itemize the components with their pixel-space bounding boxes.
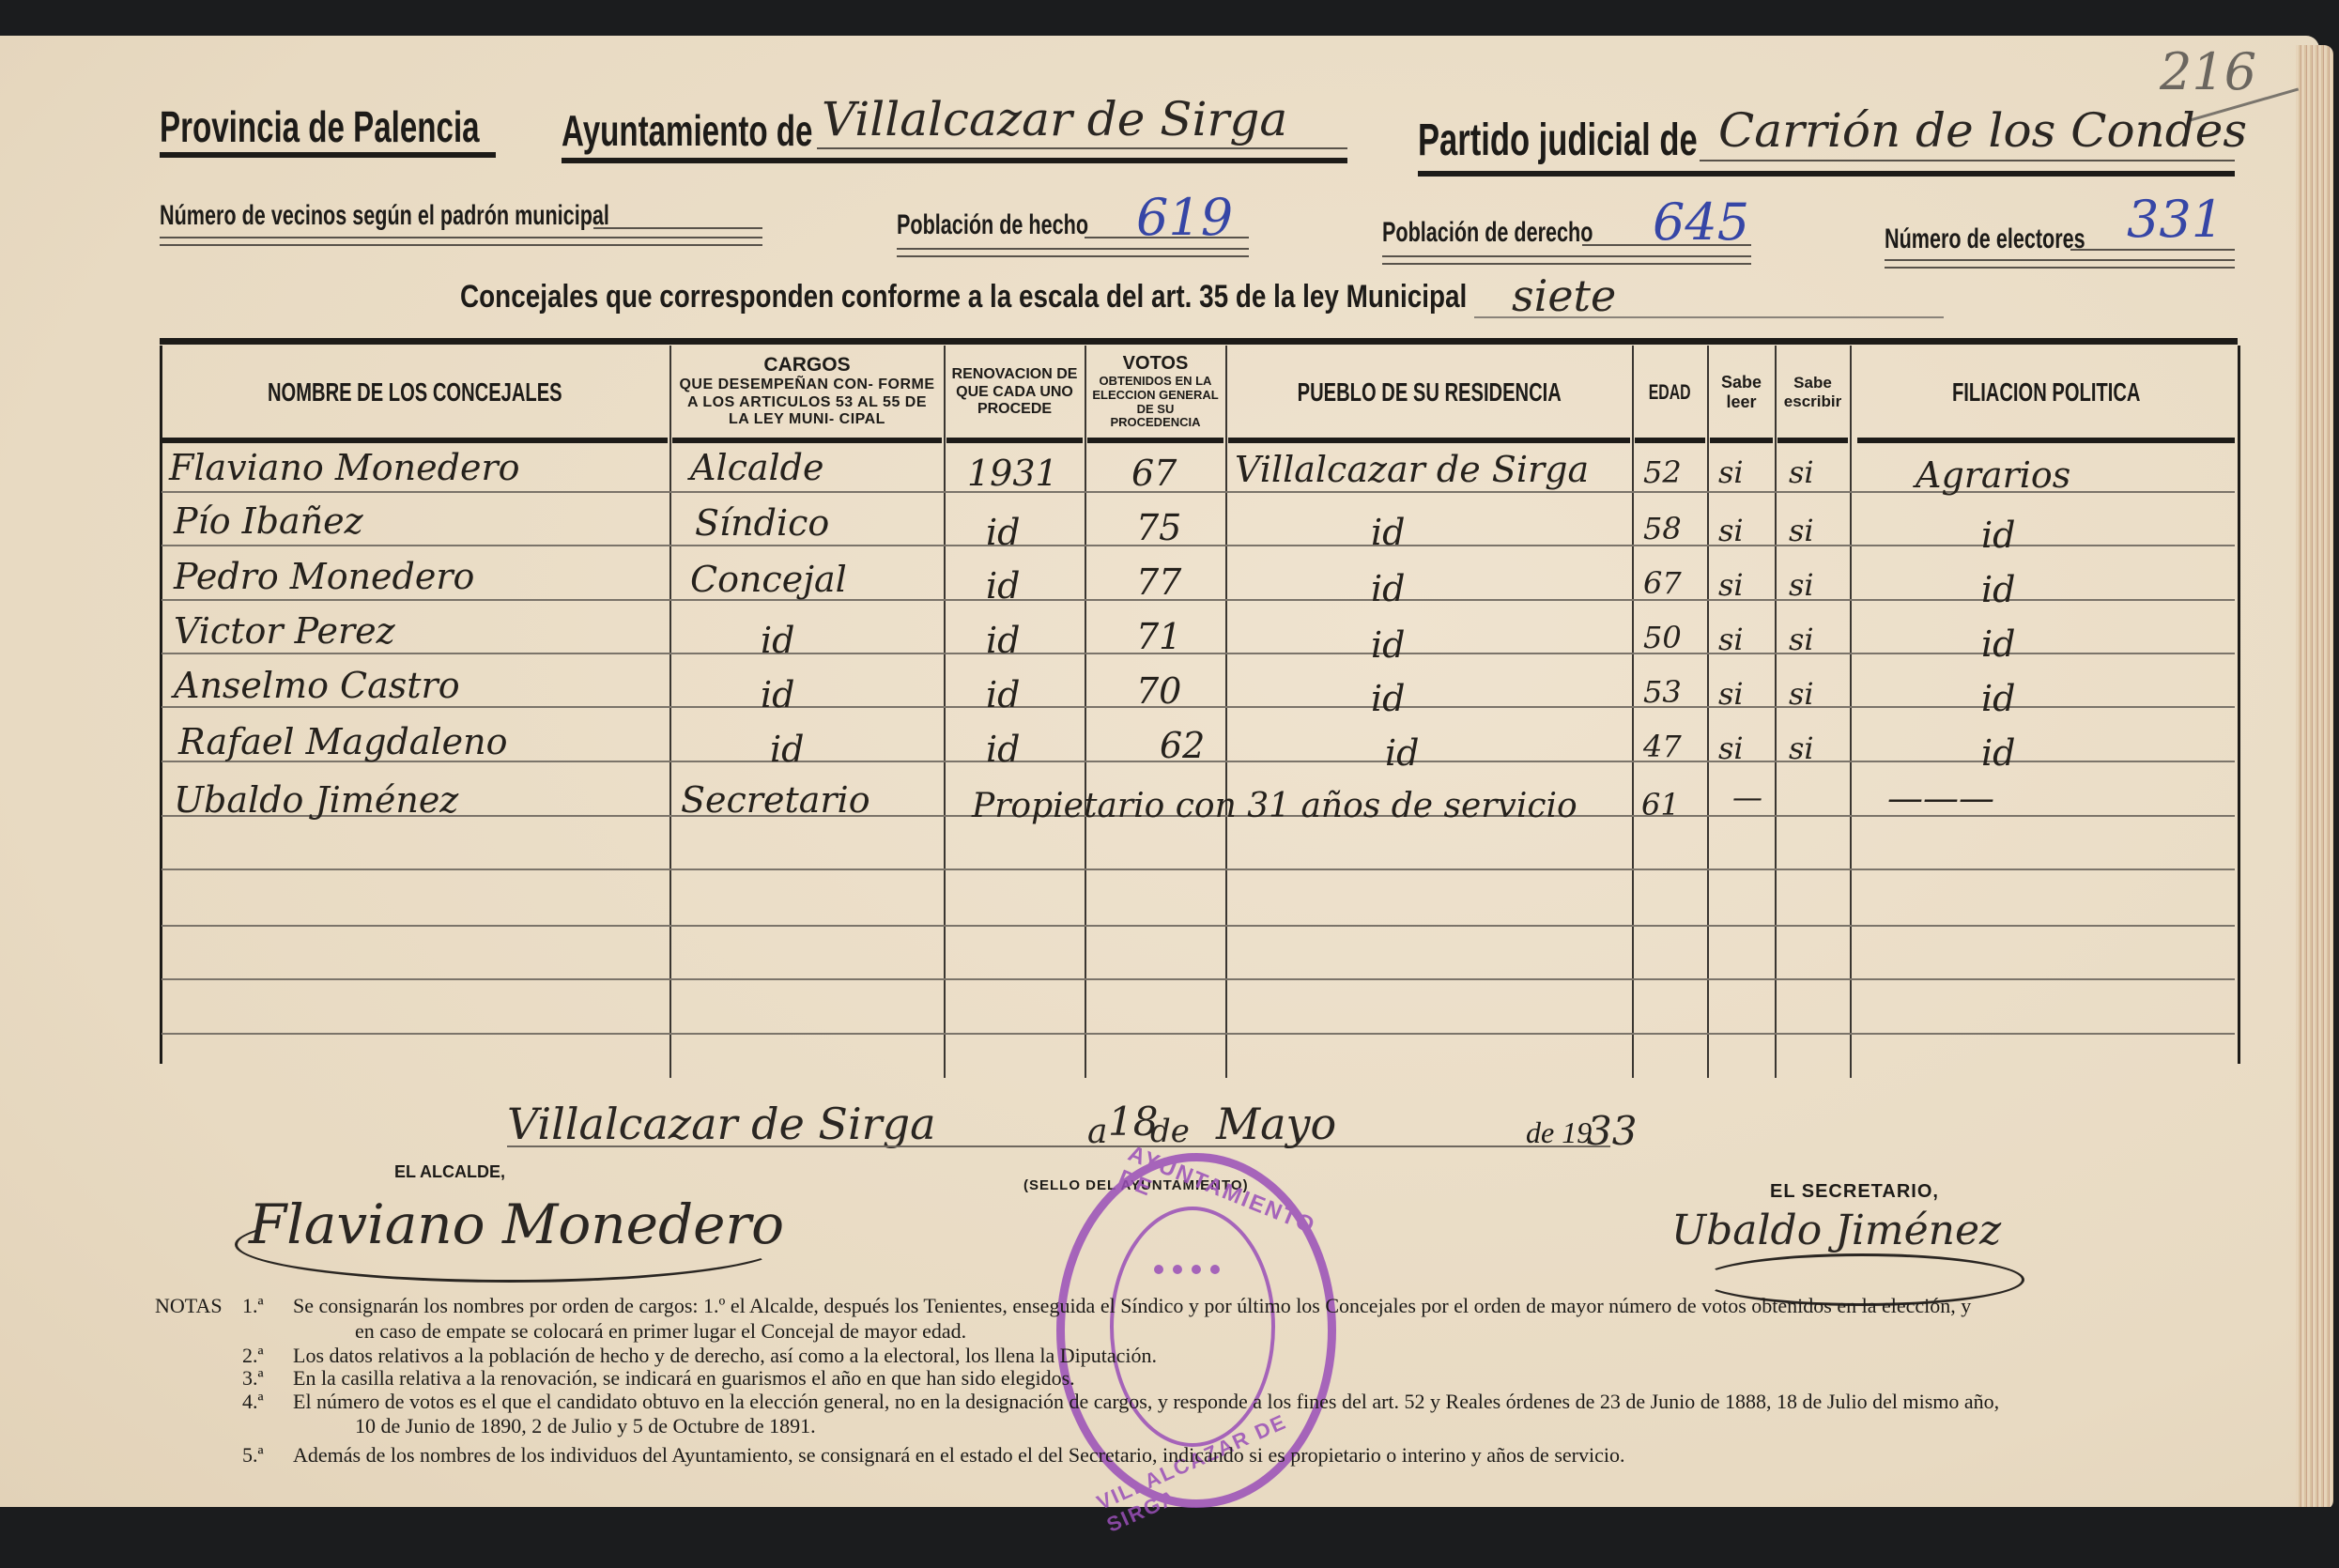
cell-filiacion: Agrarios bbox=[1916, 454, 2070, 496]
row-line bbox=[162, 978, 2235, 980]
col-divider bbox=[944, 346, 946, 1078]
col-header-nombre: NOMBRE DE LOS CONCEJALES bbox=[162, 349, 668, 436]
col-divider bbox=[1850, 346, 1852, 1078]
note-text: Se consignarán los nombres por orden de … bbox=[293, 1294, 1971, 1318]
note-text: En la casilla relativa a la renovación, … bbox=[293, 1366, 1075, 1391]
cell-pueblo: id bbox=[1371, 678, 1405, 719]
cell-votos: 71 bbox=[1136, 616, 1181, 657]
secretario-label: EL SECRETARIO, bbox=[1770, 1181, 1939, 1203]
col-divider bbox=[1775, 346, 1777, 1078]
col-divider bbox=[1085, 346, 1086, 1078]
row-line bbox=[162, 653, 2235, 654]
electores-label: Número de electores bbox=[1885, 223, 2085, 255]
date-line bbox=[507, 1145, 1610, 1147]
col-divider bbox=[669, 346, 671, 1078]
secretario-signature: Ubaldo Jiménez bbox=[1671, 1207, 2001, 1254]
concejales-label: Concejales que corresponden conforme a l… bbox=[460, 279, 1467, 315]
cell-pueblo: id bbox=[1385, 732, 1419, 774]
cell-leer: si bbox=[1718, 622, 1744, 657]
table-top-border bbox=[160, 338, 2238, 345]
cell-nombre: Pío Ibañez bbox=[174, 500, 363, 542]
header-rule bbox=[1710, 438, 1773, 443]
row-line bbox=[162, 925, 2235, 927]
cell-edad: 47 bbox=[1643, 729, 1682, 764]
cell-filiacion: id bbox=[1981, 515, 2015, 556]
cell-edad: 61 bbox=[1641, 787, 1680, 822]
note-number: 5.ª bbox=[242, 1443, 264, 1468]
cell-pueblo: Villalcazar de Sirga bbox=[1235, 449, 1589, 490]
cell-filiacion: ——— bbox=[1887, 777, 1994, 819]
poblacion-derecho-value: 645 bbox=[1653, 192, 1749, 252]
cell-escribir: si bbox=[1789, 622, 1814, 657]
cell-escribir: si bbox=[1789, 676, 1814, 712]
col-header-sabe-leer-text: Sabe leer bbox=[1719, 373, 1763, 411]
partido-underline bbox=[1418, 171, 2235, 177]
col-header-edad-text: EDAD bbox=[1649, 380, 1691, 404]
cell-renovacion: id bbox=[986, 674, 1020, 715]
col-header-filiacion: FILIACION POLITICA bbox=[1857, 349, 2235, 436]
row-line bbox=[162, 869, 2235, 870]
electores-line bbox=[2070, 249, 2235, 251]
col-header-renovacion: RENOVACION DE QUE CADA UNO PROCEDE bbox=[946, 349, 1083, 436]
note-number: 2.ª bbox=[242, 1344, 264, 1368]
cell-pueblo: id bbox=[1371, 568, 1405, 609]
cell-leer: si bbox=[1718, 454, 1744, 490]
alcalde-signature-flourish bbox=[235, 1207, 785, 1283]
concejales-value: siete bbox=[1512, 270, 1616, 321]
cell-renovacion: id bbox=[986, 620, 1020, 661]
cell-cargo: id bbox=[761, 674, 794, 715]
col-header-pueblo-text: PUEBLO DE SU RESIDENCIA bbox=[1297, 377, 1561, 407]
cell-renovacion: id bbox=[986, 565, 1020, 607]
col-divider bbox=[1632, 346, 1634, 1078]
derecho-double-line-1 bbox=[1382, 255, 1751, 257]
row-line bbox=[162, 545, 2235, 546]
cell-filiacion: id bbox=[1981, 732, 2015, 774]
col-header-sabe-leer: Sabe leer bbox=[1710, 349, 1773, 436]
cell-cargo: Concejal bbox=[690, 559, 847, 600]
cell-leer: si bbox=[1718, 513, 1744, 548]
col-header-cargos: CARGOS QUE DESEMPEÑAN CON- FORME A LOS A… bbox=[672, 347, 942, 436]
col-header-votos: VOTOS OBTENIDOS EN LA ELECCION GENERAL D… bbox=[1087, 347, 1223, 436]
electores-value: 331 bbox=[2127, 190, 2224, 249]
ayuntamiento-value-line bbox=[817, 147, 1347, 149]
date-month: Mayo bbox=[1216, 1099, 1336, 1149]
cell-edad: 53 bbox=[1643, 674, 1682, 710]
row-line bbox=[162, 599, 2235, 601]
note-number: 1.ª bbox=[242, 1294, 264, 1318]
ayuntamiento-underline bbox=[562, 158, 1347, 163]
cell-filiacion: id bbox=[1981, 623, 2015, 665]
vecinos-double-line-2 bbox=[160, 244, 762, 246]
derecho-double-line-2 bbox=[1382, 263, 1751, 265]
cell-renovacion: id bbox=[986, 729, 1020, 770]
derecho-line bbox=[1582, 244, 1751, 246]
header-rule bbox=[946, 438, 1083, 443]
date-year-suffix: 33 bbox=[1587, 1108, 1637, 1154]
electores-double-line-1 bbox=[1885, 259, 2235, 261]
note-number: 4.ª bbox=[242, 1390, 264, 1414]
col-header-votos-title: VOTOS bbox=[1123, 353, 1189, 375]
provincia-underline bbox=[160, 152, 496, 158]
electores-double-line-2 bbox=[1885, 267, 2235, 269]
cell-nombre: Victor Perez bbox=[174, 610, 395, 652]
cell-cargo: id bbox=[770, 729, 804, 770]
date-place: Villalcazar de Sirga bbox=[507, 1099, 936, 1149]
hecho-line bbox=[1085, 237, 1249, 238]
cell-pueblo: id bbox=[1371, 512, 1405, 553]
ayuntamiento-value: Villalcazar de Sirga bbox=[822, 92, 1287, 146]
date-de-label: de bbox=[1150, 1113, 1190, 1150]
cell-nombre: Flaviano Monedero bbox=[169, 447, 520, 488]
note-text: Los datos relativos a la población de he… bbox=[293, 1344, 1157, 1368]
cell-escribir: si bbox=[1789, 567, 1814, 603]
partido-value: Carrión de los Condes bbox=[1718, 103, 2247, 158]
concejales-value-line bbox=[1474, 316, 1944, 318]
col-header-edad: EDAD bbox=[1635, 349, 1705, 436]
poblacion-hecho-label: Población de hecho bbox=[897, 209, 1088, 241]
note-text: El número de votos es el que el candidat… bbox=[293, 1390, 1999, 1414]
col-header-cargos-title: CARGOS bbox=[763, 354, 850, 377]
cell-leer: si bbox=[1718, 676, 1744, 712]
cell-renovacion: 1931 bbox=[967, 453, 1058, 494]
notes-label: NOTAS bbox=[155, 1294, 223, 1318]
cell-leer: si bbox=[1718, 567, 1744, 603]
book-page-edges bbox=[2296, 45, 2333, 1510]
header-rule bbox=[1087, 438, 1223, 443]
cell-renovacion: id bbox=[986, 512, 1020, 553]
date-a-label: a bbox=[1087, 1113, 1107, 1151]
vecinos-double-line-1 bbox=[160, 237, 762, 238]
cell-votos: 75 bbox=[1136, 507, 1181, 548]
header-rule bbox=[1857, 438, 2235, 443]
cell-edad: 50 bbox=[1643, 620, 1682, 655]
col-divider bbox=[1225, 346, 1227, 1078]
note-number: 3.ª bbox=[242, 1366, 264, 1391]
header-rule bbox=[162, 438, 668, 443]
vecinos-line bbox=[593, 227, 762, 229]
cell-cargo: Secretario bbox=[681, 779, 870, 821]
partido-value-line bbox=[1700, 160, 2235, 161]
partido-label: Partido judicial de bbox=[1418, 115, 1698, 166]
col-header-pueblo: PUEBLO DE SU RESIDENCIA bbox=[1228, 349, 1630, 436]
header-rule bbox=[1635, 438, 1705, 443]
col-header-sabe-escribir: Sabe escribir bbox=[1777, 349, 1848, 436]
col-header-filiacion-text: FILIACION POLITICA bbox=[1952, 377, 2140, 407]
vecinos-label: Número de vecinos según el padrón munici… bbox=[160, 200, 609, 232]
ayuntamiento-label: Ayuntamiento de bbox=[562, 105, 812, 156]
header-rule bbox=[672, 438, 942, 443]
page-number: 216 bbox=[2160, 42, 2256, 101]
row-line bbox=[162, 1033, 2235, 1035]
cell-edad: 58 bbox=[1643, 511, 1682, 546]
alcalde-label: EL ALCALDE, bbox=[394, 1162, 505, 1182]
cell-edad: 52 bbox=[1643, 454, 1682, 490]
cell-nombre: Ubaldo Jiménez bbox=[174, 779, 458, 821]
poblacion-derecho-label: Población de derecho bbox=[1382, 217, 1593, 249]
cell-votos: 77 bbox=[1136, 561, 1181, 603]
col-header-nombre-text: NOMBRE DE LOS CONCEJALES bbox=[268, 377, 562, 407]
note-continuation: en caso de empate se colocará en primer … bbox=[355, 1319, 966, 1344]
cell-votos: 62 bbox=[1160, 725, 1205, 766]
header-rule bbox=[1228, 438, 1630, 443]
cell-votos: 70 bbox=[1136, 670, 1181, 712]
provincia-label: Provincia de Palencia bbox=[160, 101, 480, 152]
cell-nombre: Anselmo Castro bbox=[174, 665, 460, 706]
cell-escribir: si bbox=[1789, 730, 1814, 766]
cell-nombre: Rafael Magdaleno bbox=[178, 721, 507, 762]
hecho-double-line-1 bbox=[897, 248, 1249, 250]
cell-cargo: id bbox=[761, 620, 794, 661]
cell-cargo: Síndico bbox=[695, 502, 829, 544]
cell-cargo: Alcalde bbox=[690, 447, 824, 488]
cell-leer: si bbox=[1718, 730, 1744, 766]
book-shadow bbox=[0, 1507, 2339, 1568]
col-header-cargos-sub: QUE DESEMPEÑAN CON- FORME A LOS ARTICULO… bbox=[672, 377, 942, 428]
cell-edad: 67 bbox=[1643, 565, 1682, 601]
cell-filiacion: id bbox=[1981, 678, 2015, 719]
hecho-double-line-2 bbox=[897, 255, 1249, 257]
cell-leer: — bbox=[1732, 779, 1762, 815]
col-header-renovacion-text: RENOVACION DE QUE CADA UNO PROCEDE bbox=[950, 366, 1079, 418]
cell-escribir: si bbox=[1789, 513, 1814, 548]
row-line bbox=[162, 706, 2235, 708]
cell-renovacion: Propietario con 31 años de servicio bbox=[972, 787, 1577, 825]
cell-filiacion: id bbox=[1981, 569, 2015, 610]
col-header-votos-sub: OBTENIDOS EN LA ELECCION GENERAL DE SU P… bbox=[1091, 375, 1220, 431]
col-header-sabe-escribir-text: Sabe escribir bbox=[1783, 374, 1842, 410]
note-continuation: 10 de Junio de 1890, 2 de Julio y 5 de O… bbox=[355, 1414, 816, 1438]
note-text: Además de los nombres de los individuos … bbox=[293, 1443, 1624, 1468]
col-divider bbox=[1707, 346, 1709, 1078]
header-rule bbox=[1777, 438, 1848, 443]
cell-escribir: si bbox=[1789, 454, 1814, 490]
cell-nombre: Pedro Monedero bbox=[174, 556, 474, 597]
date-year-prefix: de 19 bbox=[1526, 1115, 1592, 1150]
cell-votos: 67 bbox=[1131, 453, 1177, 494]
cell-pueblo: id bbox=[1371, 624, 1405, 666]
